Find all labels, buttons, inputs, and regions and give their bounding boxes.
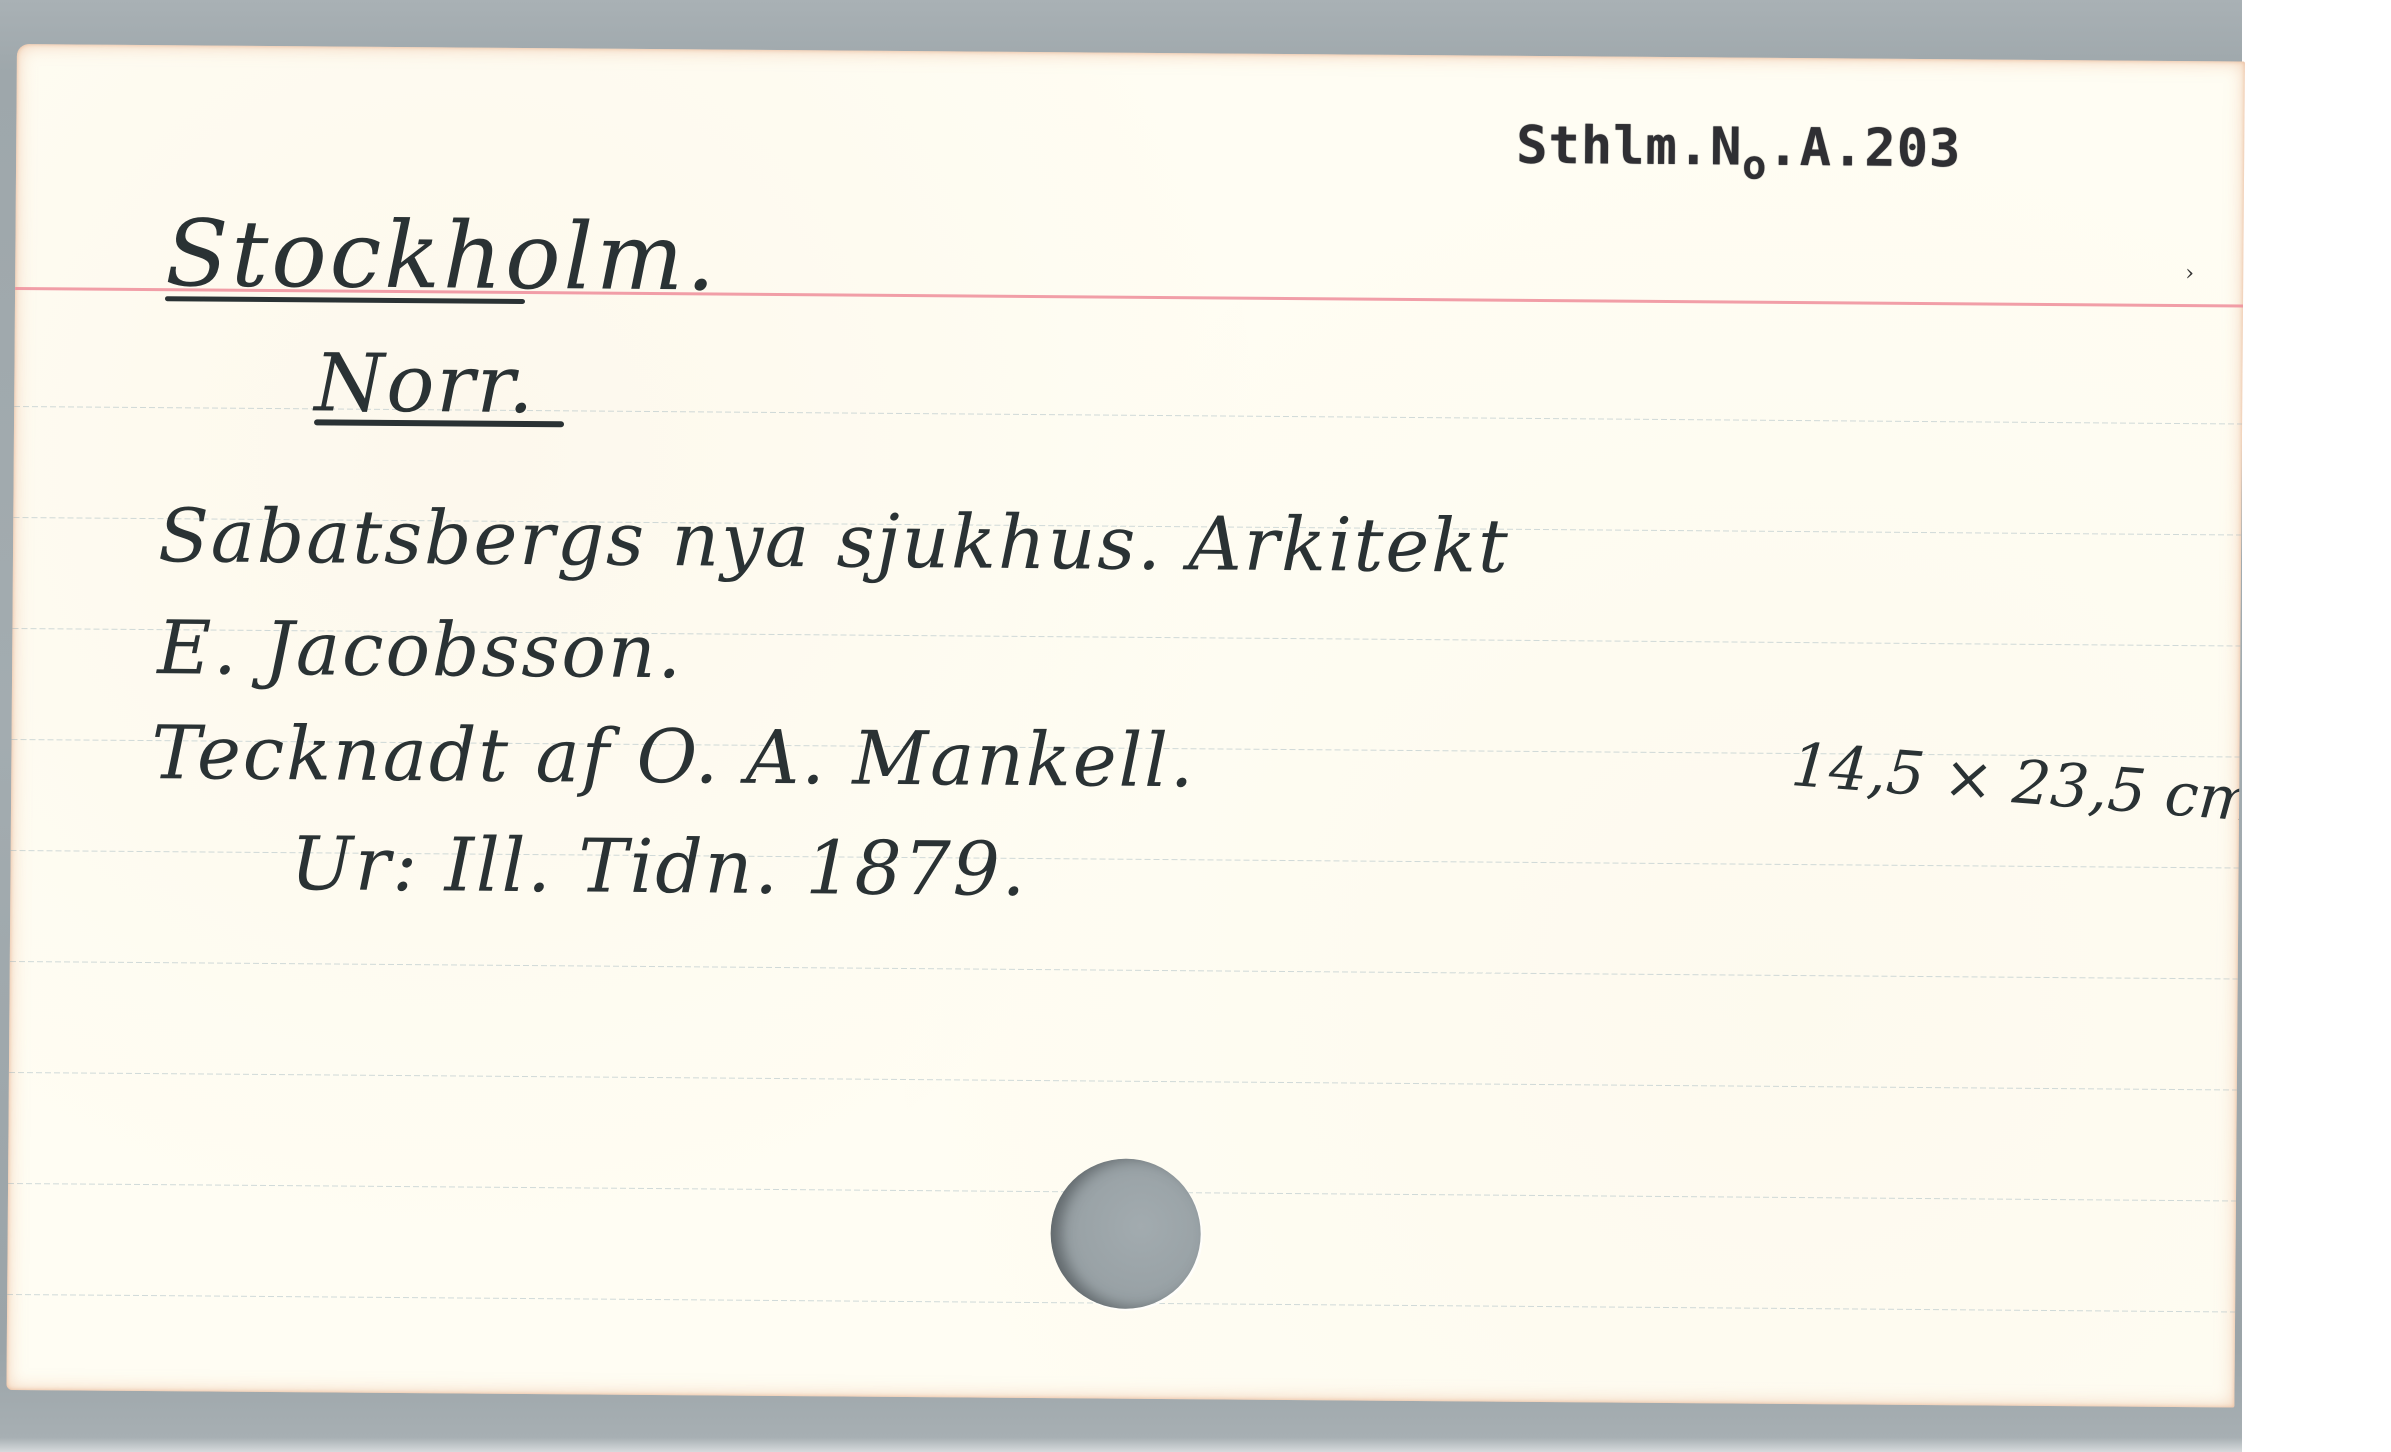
call-number-suffix: .A.203 xyxy=(1767,118,1961,180)
ruled-line xyxy=(10,961,2238,979)
subheading-district: Norr. xyxy=(314,336,536,431)
entry-line-2: E. Jacobsson. xyxy=(157,605,684,695)
entry-line-1: Sabatsbergs nya sjukhus. Arkitekt xyxy=(158,493,1510,590)
subheading-text: Norr. xyxy=(314,336,536,431)
call-number: Sthlm.No.A.203 xyxy=(1516,116,1962,190)
ink-speck: › xyxy=(2185,261,2194,286)
ruled-line xyxy=(9,1072,2237,1090)
catalog-card: Sthlm.No.A.203 Stockholm. Norr. Sabatsbe… xyxy=(6,44,2245,1407)
entry-line-3: Tecknadt af O. A. Mankell. xyxy=(151,710,1196,804)
entry-line-4: Ur: Ill. Tidn. 1879. xyxy=(290,821,1027,913)
call-number-prefix: Sthlm.N xyxy=(1516,116,1743,178)
heading-location: Stockholm. xyxy=(165,200,719,311)
call-number-subscript: o xyxy=(1742,143,1767,189)
dimensions: 14,5 × 23,5 cm. xyxy=(1789,730,2245,837)
punch-hole xyxy=(1050,1158,1201,1309)
heading-text: Stockholm. xyxy=(165,200,719,311)
